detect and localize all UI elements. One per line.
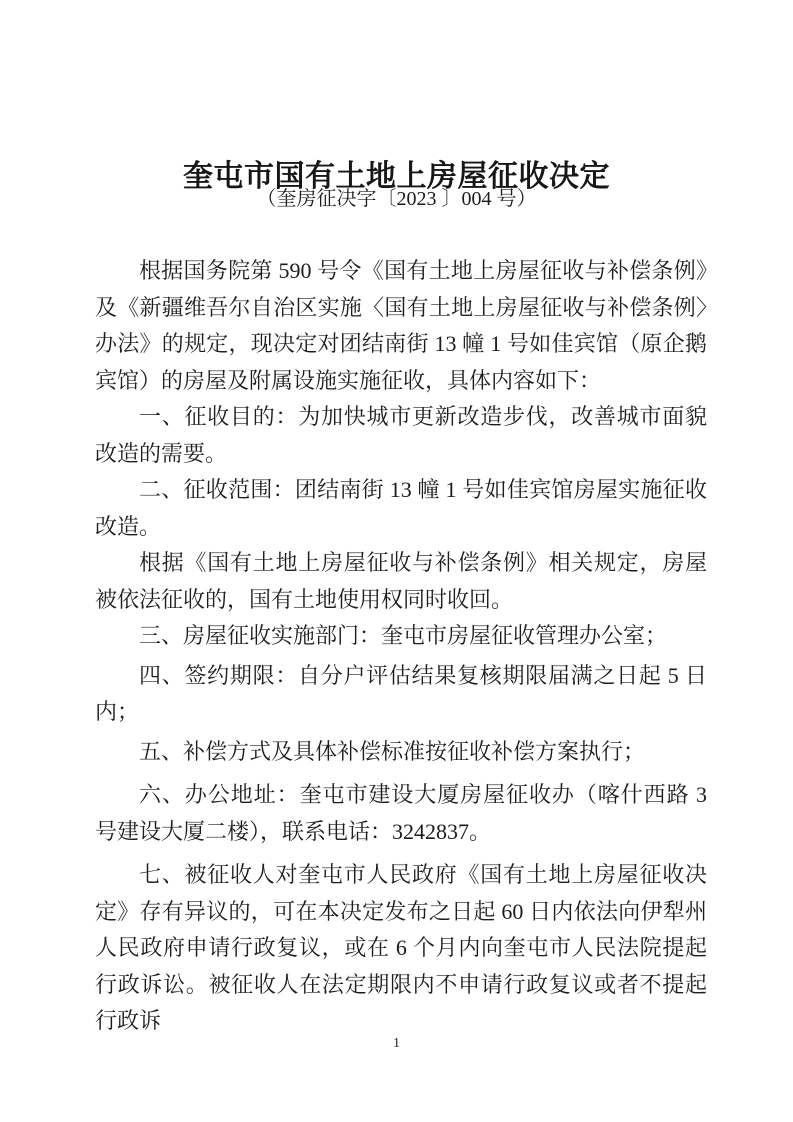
paragraph-item-1-purpose: 一、征收目的：为加快城市更新改造步伐，改善城市面貌改造的需要。 xyxy=(95,399,707,472)
paragraph-item-6-office-address: 六、办公地址：奎屯市建设大厦房屋征收办（喀什西路 3 号建设大厦二楼），联系电话… xyxy=(95,777,707,850)
paragraph-item-4-signing-period: 四、签约期限：自分户评估结果复核期限届满之日起 5 日内； xyxy=(95,658,707,731)
document-number: （奎房征决字〔2023 〕004 号） xyxy=(0,182,793,211)
paragraph-item-5-compensation: 五、补偿方式及具体补偿标准按征收补偿方案执行； xyxy=(95,734,707,771)
paragraph-item-7-appeal: 七、被征收人对奎屯市人民政府《国有土地上房屋征收决定》存有异议的，可在本决定发布… xyxy=(95,857,707,1040)
document-page: 奎屯市国有土地上房屋征收决定 （奎房征决字〔2023 〕004 号） 根据国务院… xyxy=(0,0,793,1122)
paragraph-item-3-department: 三、房屋征收实施部门：奎屯市房屋征收管理办公室； xyxy=(95,618,707,655)
document-body: 根据国务院第 590 号令《国有土地上房屋征收与补偿条例》及《新疆维吾尔自治区实… xyxy=(95,253,707,1040)
paragraph-item-2-scope: 二、征收范围：团结南街 13 幢 1 号如佳宾馆房屋实施征收改造。 xyxy=(95,472,707,545)
page-number: 1 xyxy=(0,1036,793,1052)
paragraph-intro: 根据国务院第 590 号令《国有土地上房屋征收与补偿条例》及《新疆维吾尔自治区实… xyxy=(95,253,707,399)
paragraph-land-reclaim: 根据《国有土地上房屋征收与补偿条例》相关规定，房屋被依法征收的，国有土地使用权同… xyxy=(95,545,707,618)
